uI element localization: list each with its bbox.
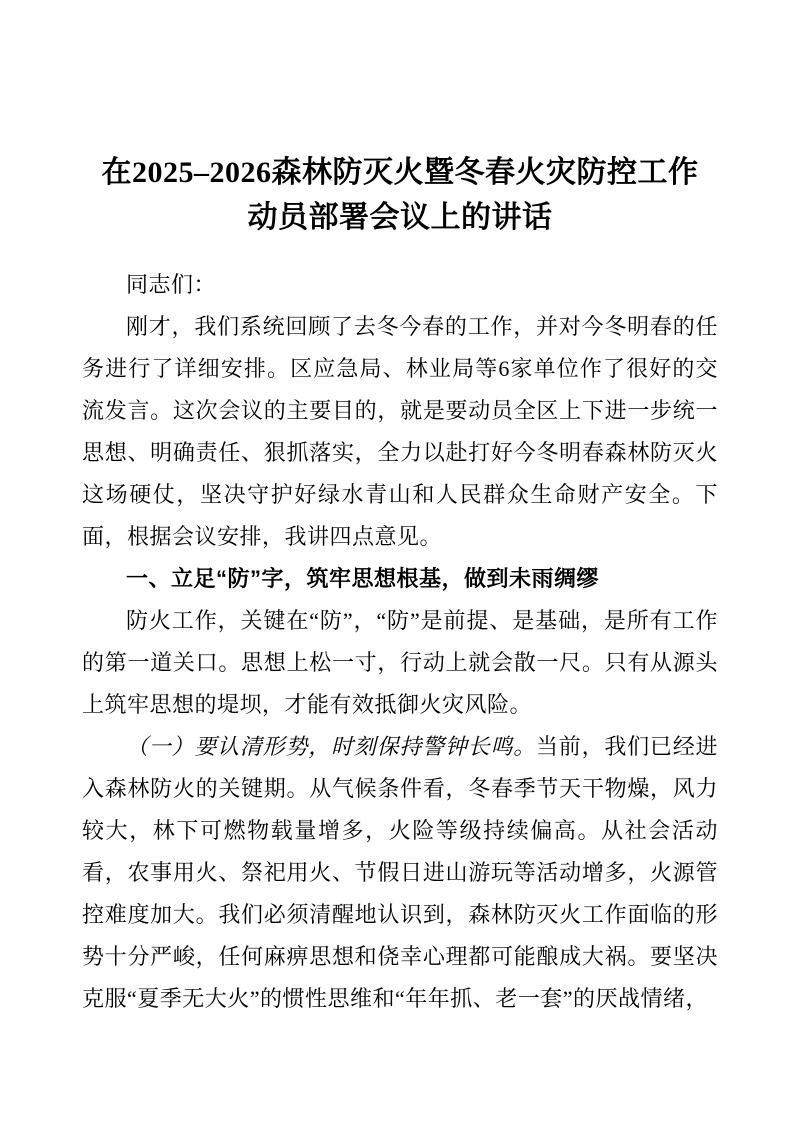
document-title: 在2025–2026森林防灭火暨冬春火灾防控工作 动员部署会议上的讲话 — [82, 150, 718, 240]
section-1-heading: 一、立足“防”字，筑牢思想根基，做到未雨绸缪 — [82, 558, 718, 600]
paragraph-opening: 刚才，我们系统回顾了去冬今春的工作，并对今冬明春的任务进行了详细安排。区应急局、… — [82, 306, 718, 558]
paragraph-section-1-intro: 防火工作，关键在“防”，“防”是前提、是基础，是所有工作的第一道关口。思想上松一… — [82, 600, 718, 726]
title-line-1: 在2025–2026森林防灭火暨冬春火灾防控工作 — [82, 150, 718, 195]
salutation: 同志们： — [82, 264, 718, 306]
title-line-2: 动员部署会议上的讲话 — [82, 195, 718, 240]
point-1-body-text: 当前，我们已经进入森林防火的关键期。从气候条件看，冬春季节天干物燥，风力较大，林… — [82, 734, 718, 1011]
document-page: 在2025–2026森林防灭火暨冬春火灾防控工作 动员部署会议上的讲话 同志们：… — [0, 0, 800, 1131]
point-1-lead-sentence: （一）要认清形势，时刻保持警钟长鸣。 — [126, 734, 536, 759]
paragraph-point-1: （一）要认清形势，时刻保持警钟长鸣。当前，我们已经进入森林防火的关键期。从气候条… — [82, 726, 718, 1020]
